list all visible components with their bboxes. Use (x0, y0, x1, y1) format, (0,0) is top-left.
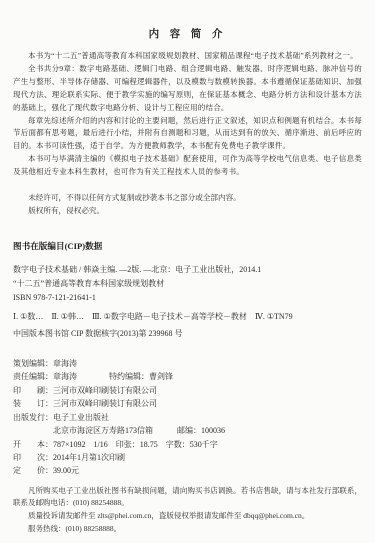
footer-paragraph: 服务热线：(010) 88258888。 (13, 523, 362, 536)
publication-info-line: 责任编辑：章海涛 特约编辑：曹剑锋 (13, 370, 362, 383)
copyright-notice-line: 版权所有，侵权必究。 (13, 205, 362, 218)
cip-line-record-number: 中国版本图书馆 CIP 数据核字(2013)第 239968 号 (13, 327, 362, 341)
footer-paragraph: 质量投诉请发邮件至 zlts@phei.com.cn，盗版侵权举报请发邮件至 d… (13, 510, 362, 523)
copyright-notice-line: 未经许可，不得以任何方式复制或抄袭本书之部分或全部内容。 (13, 192, 362, 205)
cip-line-classification: Ⅰ. ①数… Ⅱ. ①韩… Ⅲ. ①数字电路－电子技术－高等学校－教材 Ⅳ. ①… (13, 310, 362, 324)
publication-info-section: 策划编辑：章海涛 责任编辑：章海涛 特约编辑：曹剑锋 印 刷：三河市双峰印刷装订… (13, 357, 362, 478)
intro-paragraph: 本书可与毕满清主编的《模拟电子技术基础》配套使用，可作为高等学校电气信息类、电子… (13, 153, 362, 179)
intro-paragraph: 每章先综述所介绍的内容和讨论的主要问题，然后进行正文叙述，知识点和例题有机结合。… (13, 115, 362, 154)
cip-heading: 图书在版编目(CIP)数据 (13, 240, 362, 252)
publication-info-line: 北京市海淀区万寿路173信箱 邮编：100036 (13, 424, 362, 437)
publication-info-line: 印 次：2014年1月第1次印刷 (13, 451, 362, 464)
cip-line: “十二五”普通高等教育本科国家级规划教材 (13, 277, 362, 291)
cip-section: 图书在版编目(CIP)数据 数字电子技术基础 / 韩焱主编. —2版. —北京：… (13, 240, 362, 340)
intro-paragraph: 本书为“十二五”普通高等教育本科国家级规划教材、国家精品课程“电子技术基础”系列… (13, 50, 362, 63)
intro-paragraph: 全书共分9章：数字电路基础、逻辑门电路、组合逻辑电路、触发器、时序逻辑电路、脉冲… (13, 63, 362, 115)
footer-paragraph: 凡所购买电子工业出版社图书有缺损问题，请向购买书店调换。若书店售缺，请与本社发行… (13, 485, 362, 510)
publication-info-line: 策划编辑：章海涛 (13, 357, 362, 370)
content-summary-section: 本书为“十二五”普通高等教育本科国家级规划教材、国家精品课程“电子技术基础”系列… (13, 50, 362, 179)
purchase-service-notice: 凡所购买电子工业出版社图书有缺损问题，请向购买书店调换。若书店售缺，请与本社发行… (13, 485, 362, 535)
publication-info-line: 出版发行：电子工业出版社 (13, 411, 362, 424)
copyright-notice: 未经许可，不得以任何方式复制或抄袭本书之部分或全部内容。 版权所有，侵权必究。 (13, 192, 362, 217)
publication-info-line: 定 价：39.00元 (13, 464, 362, 477)
copyright-page: 内 容 简 介 本书为“十二五”普通高等教育本科国家级规划教材、国家精品课程“电… (0, 0, 375, 543)
cip-line: 数字电子技术基础 / 韩焱主编. —2版. —北京：电子工业出版社，2014.1 (13, 263, 362, 277)
publication-info-line: 开 本：787×1092 1/16 印张：18.75 字数：530千字 (13, 438, 362, 451)
publication-info-line: 装 订：三河市双峰印刷装订有限公司 (13, 397, 362, 410)
publication-info-line: 印 刷：三河市双峰印刷装订有限公司 (13, 384, 362, 397)
content-summary-title: 内 容 简 介 (13, 26, 362, 41)
cip-line-isbn: ISBN 978-7-121-21641-1 (13, 291, 362, 305)
